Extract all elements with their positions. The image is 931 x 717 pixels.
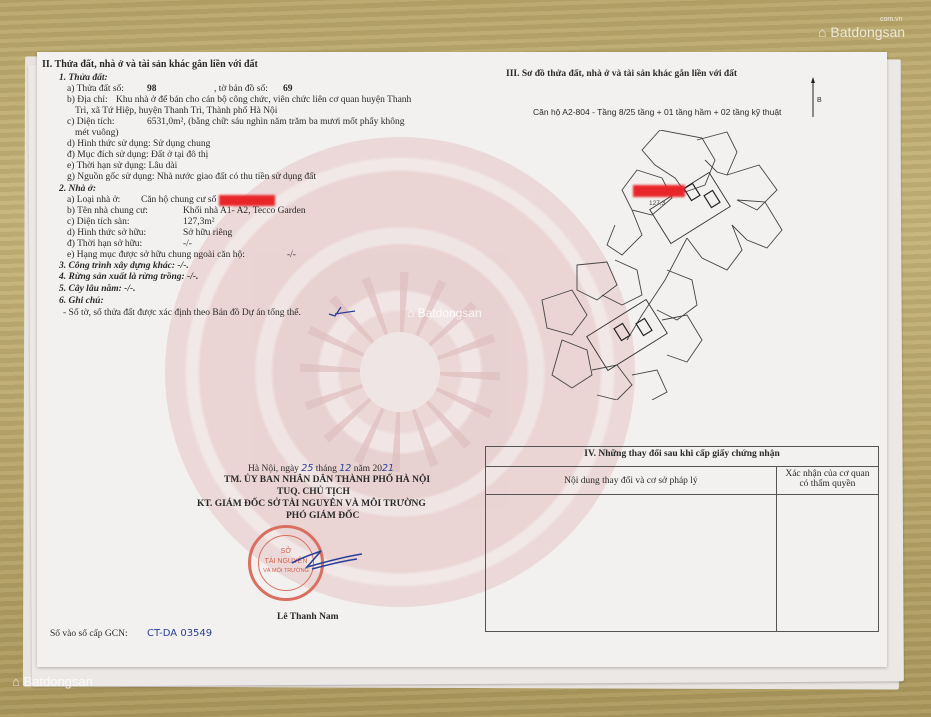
batdongsan-logo-icon: ⌂ bbox=[12, 674, 20, 689]
land-origin: g) Nguồn gốc sử dụng: Nhà nước giao đất … bbox=[67, 172, 316, 183]
apartment-floor-plan bbox=[537, 130, 797, 400]
address-line-1: Khu nhà ở để bán cho cán bộ công chức, v… bbox=[116, 95, 411, 106]
floor-area-label: c) Diện tích sàn: bbox=[67, 217, 130, 228]
map-sheet-label: , tờ bản đồ số: bbox=[214, 84, 268, 95]
common-items-value: -/- bbox=[287, 250, 296, 261]
section3-title: III. Sơ đồ thửa đất, nhà ở và tài sản kh… bbox=[506, 69, 737, 80]
registry-number: CT-DA 03549 bbox=[147, 628, 212, 639]
production-forest: 4. Rừng sản xuất là rừng trồng: -/-. bbox=[59, 272, 198, 283]
changes-col-confirmation: Xác nhận của cơ quan có thẩm quyền bbox=[776, 467, 878, 495]
certificate-page: II. Thửa đất, nhà ở và tài sản khác gắn … bbox=[37, 52, 887, 667]
plot-number: 98 bbox=[147, 84, 157, 95]
house-type-label: a) Loại nhà ở: bbox=[67, 195, 120, 206]
floor-plan-caption: Căn hộ A2-804 - Tầng 8/25 tầng + 01 tầng… bbox=[533, 107, 781, 118]
changes-col-content: Nội dung thay đổi và cơ sở pháp lý bbox=[486, 467, 777, 495]
area-label: c) Diện tích: bbox=[67, 117, 114, 128]
batdongsan-logo-icon: ⌂ bbox=[818, 24, 826, 40]
changes-table-title: IV. Những thay đổi sau khi cấp giấy chứn… bbox=[486, 447, 879, 467]
area-value-cont: mét vuông) bbox=[75, 128, 119, 139]
building-label: b) Tên nhà chung cư: bbox=[67, 206, 148, 217]
use-form: d) Hình thức sử dụng: Sử dụng chung bbox=[67, 139, 210, 150]
signer-name: Lê Thanh Nam bbox=[277, 612, 339, 623]
address-label: b) Địa chỉ: bbox=[67, 95, 108, 106]
watermark-top-right: ⌂ Batdongsan com.vn bbox=[818, 24, 905, 40]
authority-line-1: TM. ỦY BAN NHÂN DÂN THÀNH PHỐ HÀ NỘI bbox=[224, 475, 430, 486]
house-heading: 2. Nhà ở: bbox=[59, 184, 96, 195]
section2-title: II. Thửa đất, nhà ở và tài sản khác gắn … bbox=[42, 59, 258, 70]
area-value: 6531,0m², (bằng chữ: sáu nghìn năm trăm … bbox=[147, 117, 404, 128]
checkmark-handwritten-icon bbox=[327, 304, 357, 318]
address-line-2: Trì, xã Tứ Hiệp, huyện Thanh Trì, Thành … bbox=[75, 106, 277, 117]
notes-heading: 6. Ghi chú: bbox=[59, 296, 104, 307]
authority-line-2: TUQ. CHỦ TỊCH bbox=[277, 487, 350, 498]
ownership-term-label: đ) Thời hạn sở hữu: bbox=[67, 239, 142, 250]
ownership-value: Sở hữu riêng bbox=[183, 228, 232, 239]
ownership-label: d) Hình thức sở hữu: bbox=[67, 228, 146, 239]
changes-confirmation-cell bbox=[776, 495, 878, 632]
redacted-unit-label bbox=[633, 185, 685, 197]
house-type-value: Căn hộ chung cư số bbox=[141, 195, 216, 206]
common-items-label: e) Hạng mục được sở hữu chung ngoài căn … bbox=[67, 250, 245, 261]
ownership-term-value: -/- bbox=[183, 239, 192, 250]
handwritten-signature bbox=[287, 545, 367, 575]
batdongsan-logo-icon: ⌂ bbox=[407, 306, 414, 320]
plot-number-label: a) Thửa đất số: bbox=[67, 84, 124, 95]
registry-label: Số vào sổ cấp GCN: bbox=[50, 629, 128, 640]
note-text: - Số tờ, số thửa đất được xác định theo … bbox=[63, 308, 301, 319]
watermark-center: ⌂ Batdongsan bbox=[407, 306, 482, 320]
authority-line-4: PHÓ GIÁM ĐỐC bbox=[286, 511, 359, 522]
authority-line-3: KT. GIÁM ĐỐC SỞ TÀI NGUYÊN VÀ MÔI TRƯỜNG bbox=[197, 499, 426, 510]
issue-date: Hà Nội, ngày 25 tháng 12 năm 2021 bbox=[248, 463, 394, 475]
north-label: B bbox=[817, 95, 822, 106]
watermark-bottom-left: ⌂ Batdongsan bbox=[12, 674, 93, 689]
changes-table: IV. Những thay đổi sau khi cấp giấy chứn… bbox=[485, 446, 879, 632]
perennial-trees: 5. Cây lâu năm: -/-. bbox=[59, 284, 136, 295]
changes-content-cell bbox=[486, 495, 777, 632]
building-value: Khối nhà A1- A2, Tecco Garden bbox=[183, 206, 306, 217]
use-purpose: đ) Mục đích sử dụng: Đất ở tại đô thị bbox=[67, 150, 208, 161]
other-construction: 3. Công trình xây dựng khác: -/-. bbox=[59, 261, 189, 272]
map-sheet-number: 69 bbox=[283, 84, 293, 95]
redacted-apartment-number bbox=[219, 195, 275, 206]
land-heading: 1. Thửa đất: bbox=[59, 73, 108, 84]
use-term: e) Thời hạn sử dụng: Lâu dài bbox=[67, 161, 177, 172]
unit-area-label: 127,3 bbox=[649, 198, 665, 209]
floor-area-value: 127,3m² bbox=[183, 217, 215, 228]
